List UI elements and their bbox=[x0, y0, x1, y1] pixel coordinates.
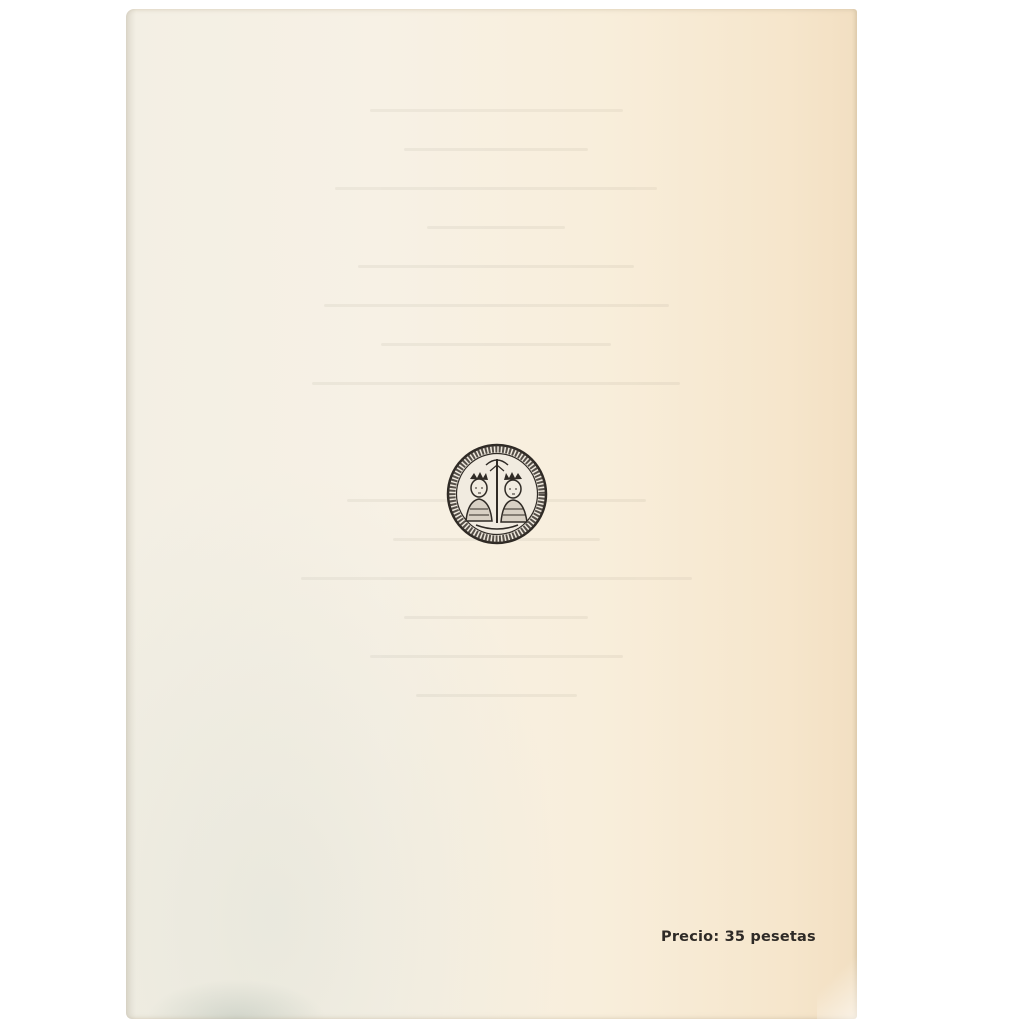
paper-wear-stain bbox=[146, 979, 326, 1019]
university-seal-icon bbox=[446, 443, 548, 545]
spine-edge bbox=[126, 9, 136, 1019]
paper-corner-wear bbox=[817, 949, 857, 1019]
price-label: Precio: 35 pesetas bbox=[661, 929, 816, 945]
